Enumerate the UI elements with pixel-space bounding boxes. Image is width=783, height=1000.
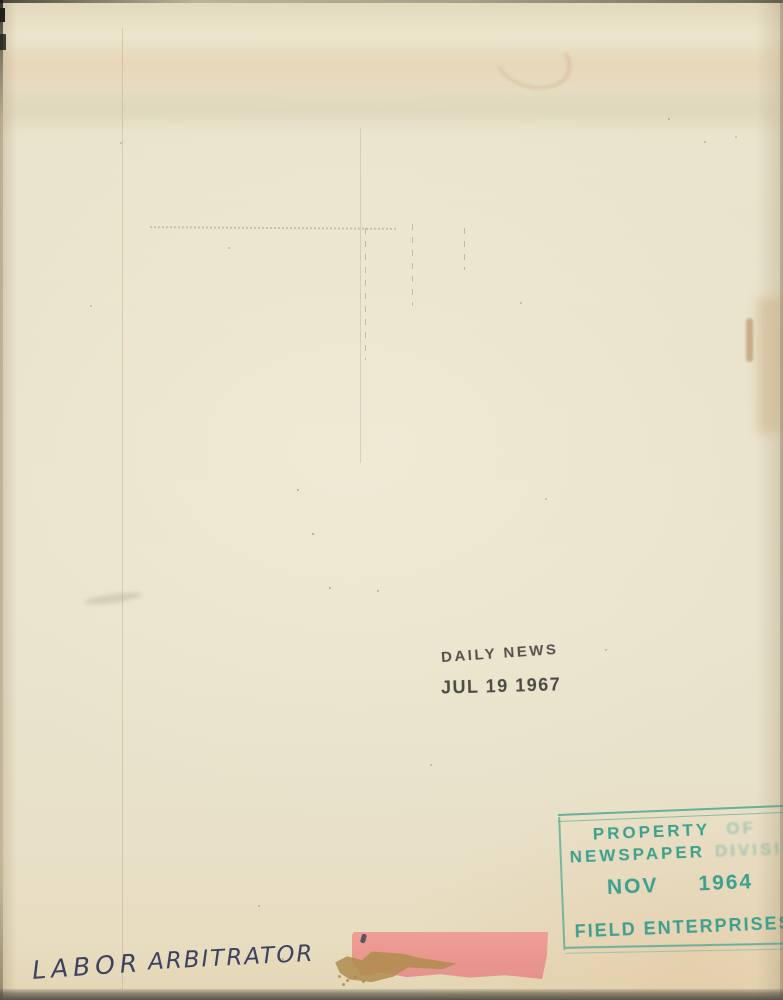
handwritten-word-labor: LABOR: [31, 948, 143, 985]
date-stamp: JUL 19 1967: [441, 674, 562, 698]
shade-band: [0, 86, 783, 120]
stamp-text-division: DIVISION: [715, 838, 783, 861]
daily-news-stamp: DAILY NEWS: [441, 641, 559, 666]
stamp-bottom-border: [565, 942, 783, 954]
stamp-line-company: FIELD ENTERPRISES, IN: [562, 912, 783, 943]
scratch-mark: [412, 224, 413, 306]
stamp-text-month: NOV: [607, 874, 659, 899]
vertical-crease: [122, 28, 123, 990]
dotted-impression-line: [150, 226, 396, 230]
corner-dark-mark: [0, 34, 6, 50]
brown-stain-mark: [746, 318, 753, 362]
pencil-smudge: [84, 590, 143, 607]
stamp-line-date: NOV1964: [561, 868, 783, 902]
handwritten-word-arbitrator: ARBITRATOR: [147, 941, 315, 976]
stamp-text-year: 1964: [698, 870, 754, 895]
scan-edge-top: [0, 0, 783, 3]
scan-edge-left: [0, 0, 3, 1000]
stamp-text-of: OF: [726, 818, 756, 838]
property-stamp: PROPERTYOF NEWSPAPERDIVISION NOV1964 FIE…: [558, 804, 783, 954]
scratch-mark: [464, 228, 465, 270]
faint-vertical-impression: [360, 128, 361, 463]
stamp-text-newspaper: NEWSPAPER: [569, 842, 705, 866]
stamp-text-property: PROPERTY: [592, 820, 710, 844]
scratch-mark: [365, 228, 366, 360]
glue-specks: [338, 975, 341, 978]
photo-back-scan: DAILY NEWS JUL 19 1967 PROPERTYOF NEWSPA…: [0, 0, 783, 1000]
warm-discoloration-band: [0, 50, 783, 88]
scan-edge-bottom: [0, 989, 783, 1000]
corner-dark-mark: [0, 8, 5, 22]
right-edge-stain: [756, 298, 783, 433]
